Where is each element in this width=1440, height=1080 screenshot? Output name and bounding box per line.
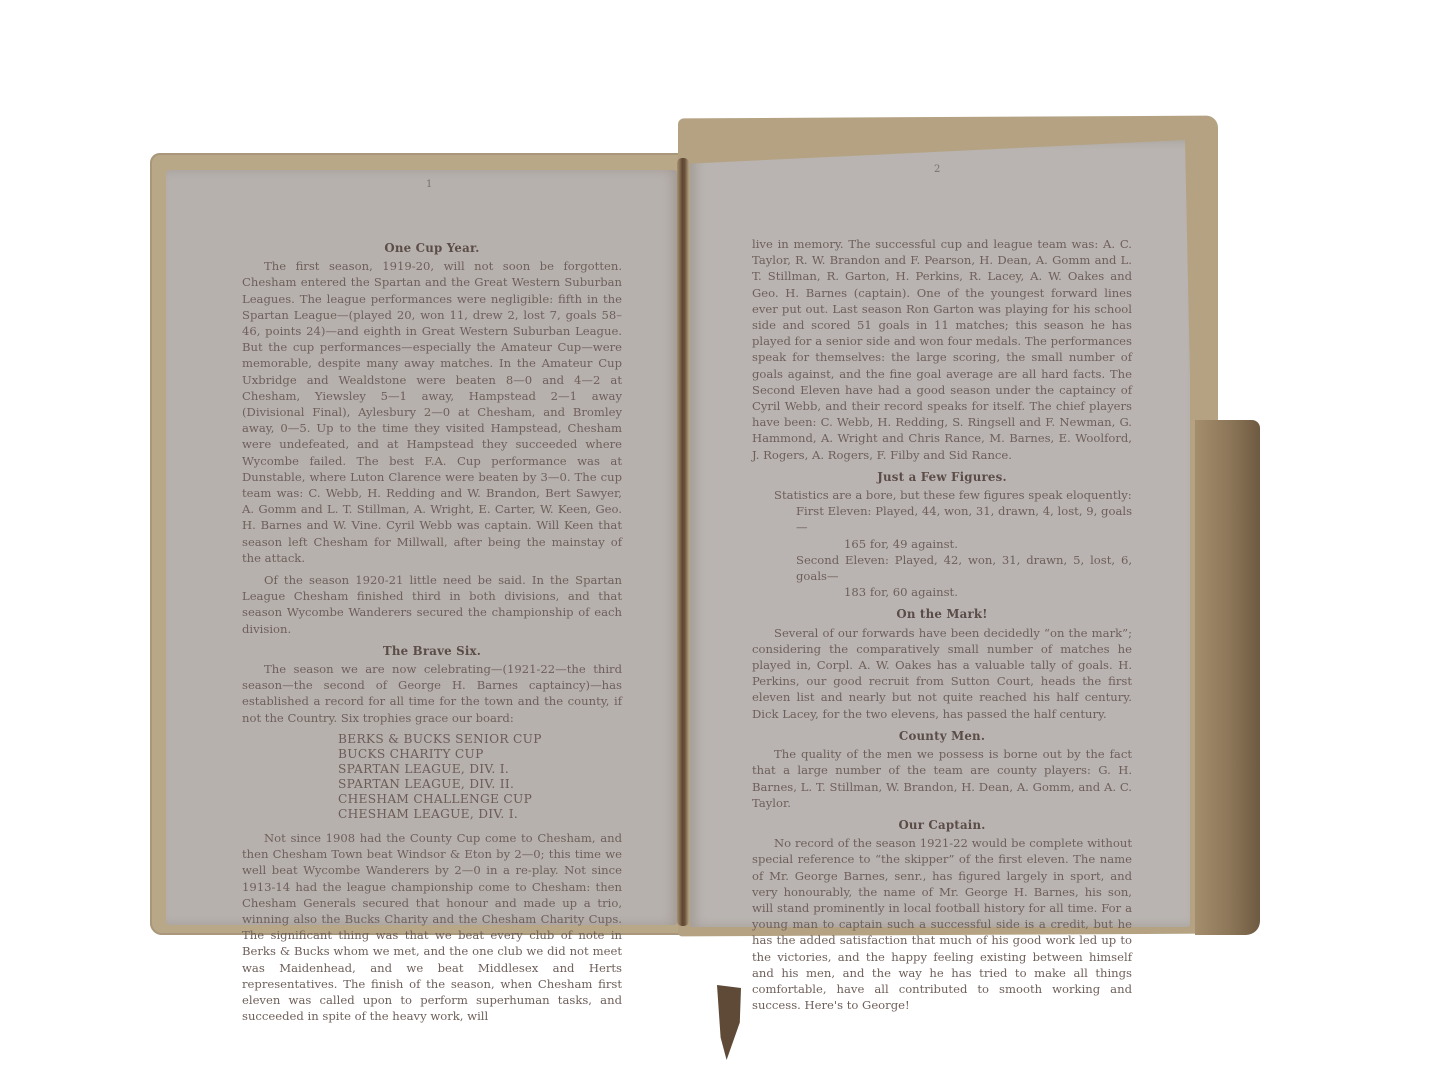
section-heading-our-captain: Our Captain. — [752, 817, 1132, 833]
left-page-text: One Cup Year. The first season, 1919-20,… — [242, 236, 622, 1030]
open-book: 1 2 One Cup Year. The first season, 1919… — [0, 0, 1440, 1080]
left-page-signature-mark: 1 — [426, 180, 432, 190]
paragraph: Not since 1908 had the County Cup come t… — [242, 830, 622, 1024]
section-heading-brave-six: The Brave Six. — [242, 643, 622, 659]
paragraph: The season we are now celebrating—(1921-… — [242, 661, 622, 726]
statistics-intro: Statistics are a bore, but these few fig… — [752, 487, 1132, 503]
second-eleven-stats: Second Eleven: Played, 42, won, 31, draw… — [752, 552, 1132, 584]
paragraph: Of the season 1920-21 little need be sai… — [242, 572, 622, 637]
statistics-block: Statistics are a bore, but these few fig… — [752, 487, 1132, 600]
trophy-item: SPARTAN LEAGUE, DIV. II. — [338, 777, 622, 792]
right-page-text: live in memory. The successful cup and l… — [752, 236, 1132, 1019]
first-eleven-goals: 165 for, 49 against. — [752, 536, 1132, 552]
trophy-item: SPARTAN LEAGUE, DIV. I. — [338, 762, 622, 777]
trophy-item: CHESHAM LEAGUE, DIV. I. — [338, 807, 622, 822]
first-eleven-label: First Eleven: — [796, 504, 871, 518]
paragraph: The quality of the men we possess is bor… — [752, 746, 1132, 811]
second-eleven-label: Second Eleven: — [796, 553, 889, 567]
section-heading-few-figures: Just a Few Figures. — [752, 469, 1132, 485]
trophy-list: BERKS & BUCKS SENIOR CUP BUCKS CHARITY C… — [338, 732, 622, 822]
paragraph: The first season, 1919-20, will not soon… — [242, 258, 622, 566]
bookmark-ribbon[interactable] — [717, 985, 741, 1060]
book-spine-gutter — [677, 158, 689, 926]
section-heading-one-cup-year: One Cup Year. — [242, 240, 622, 256]
section-heading-on-the-mark: On the Mark! — [752, 606, 1132, 622]
trophy-item: BERKS & BUCKS SENIOR CUP — [338, 732, 622, 747]
trophy-item: CHESHAM CHALLENGE CUP — [338, 792, 622, 807]
right-page-stack-edge — [1195, 420, 1260, 935]
section-heading-county-men: County Men. — [752, 728, 1132, 744]
trophy-item: BUCKS CHARITY CUP — [338, 747, 622, 762]
paragraph: No record of the season 1921-22 would be… — [752, 835, 1132, 1013]
paragraph: Several of our forwards have been decide… — [752, 625, 1132, 722]
right-page-signature-mark: 2 — [934, 165, 940, 175]
continuation-paragraph: live in memory. The successful cup and l… — [752, 236, 1132, 463]
first-eleven-stats: First Eleven: Played, 44, won, 31, drawn… — [752, 503, 1132, 535]
second-eleven-goals: 183 for, 60 against. — [752, 584, 1132, 600]
